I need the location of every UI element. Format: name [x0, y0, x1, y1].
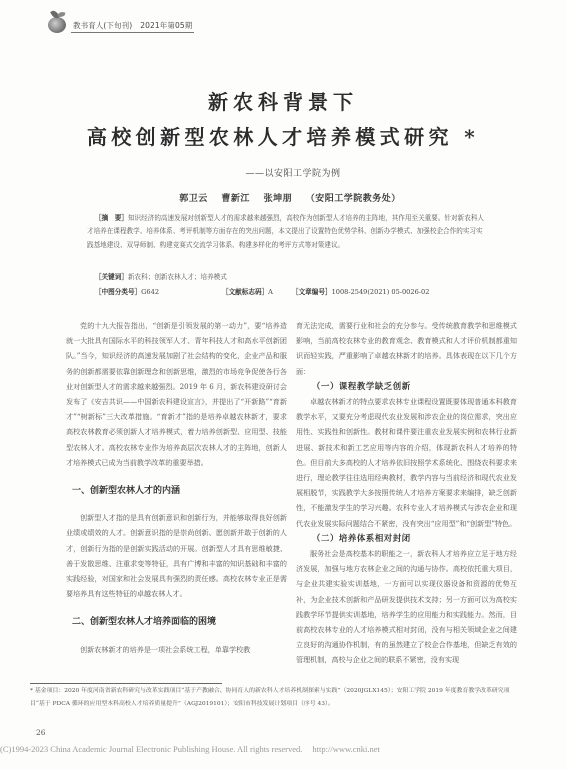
body-column-right: 育无法完成，需要行业和社会的充分参与。受传统教育教学和思维模式影响，当前高校农林…: [296, 318, 517, 668]
doc-code-value: A: [268, 288, 273, 296]
keywords-text: 新农科；创新农林人才；培养模式: [128, 273, 227, 281]
keywords: ［关键词］新农科；创新农林人才；培养模式: [95, 271, 227, 281]
subsection-2-heading: （二）培养体系相对封闭: [312, 531, 517, 546]
clc-number: ［中图分类号］G642: [95, 286, 159, 296]
author-3: 张坤朋: [264, 194, 293, 204]
author-2: 曹新江: [221, 194, 250, 204]
subsection-1-heading: （一）课程教学缺乏创新: [312, 379, 517, 394]
title-block: 新农科背景下 高校创新型农林人才培养模式研究 * ——以安阳工学院为例 郭卫云 …: [0, 86, 566, 204]
journal-issue: 2021年第05期: [140, 21, 192, 30]
globe-sprout-icon: [48, 9, 70, 33]
copyright-text: (C)1994-2023 China Academic Journal Elec…: [0, 744, 302, 754]
authors: 郭卫云 曹新江 张坤朋 （安阳工学院教务处）: [0, 191, 566, 204]
section-2-paragraph: 创新农林新才的培养是一项社会系统工程，单靠学校教: [66, 642, 287, 657]
subsection-1-paragraph: 卓越农林新才的特点要求农林专业课程设置既要体现普通本科教育教学水平，又要充分考虑…: [296, 394, 517, 531]
article-number: ［文章编号］1008-2549(2021) 05-0026-02: [292, 286, 429, 296]
section-1-paragraph: 创新型人才指的是具有创新意识和创新行为，并能够取得良好创新业绩或绩效的人才。创新…: [66, 510, 287, 601]
continued-paragraph: 育无法完成，需要行业和社会的充分参与。受传统教育教学和思维模式影响，当前高校农林…: [296, 318, 517, 379]
footnote-divider: [30, 683, 222, 684]
doc-code: ［文献标志码］A: [222, 286, 273, 296]
intro-paragraph: 党的十九大报告指出，“创新是引领发展的第一动力”，要“培养造就一大批具有国际水平…: [66, 318, 287, 470]
journal-header: 教书育人(下旬刊)2021年第05期: [48, 9, 194, 33]
journal-name: 教书育人(下旬刊): [73, 21, 132, 30]
author-1: 郭卫云: [179, 194, 208, 204]
article-number-label: ［文章编号］: [292, 288, 332, 296]
article-number-value: 1008-2549(2021) 05-0026-02: [332, 288, 430, 296]
clc-value: G642: [141, 288, 159, 296]
copyright-url: http://www.cnki.net: [312, 744, 379, 754]
section-1-heading: 一、创新型农林人才的内涵: [72, 484, 287, 499]
clc-label: ［中图分类号］: [95, 288, 141, 296]
title-line-2: 高校创新型农林人才培养模式研究 *: [0, 121, 566, 150]
page-number: 26: [36, 728, 46, 737]
body-column-left: 党的十九大报告指出，“创新是引领发展的第一动力”，要“培养造就一大批具有国际水平…: [66, 318, 287, 657]
abstract: ［摘 要］知识经济的高速发展对创新型人才的需求越来越强烈，高校作为创新型人才培养…: [87, 212, 487, 252]
title-line-1: 新农科背景下: [0, 86, 566, 115]
footnote: * 基金项目：2020 年度河南省新农科研究与改革实践项目“基于产教融合、协同育…: [30, 685, 523, 710]
affiliation: （安阳工学院教务处）: [306, 194, 401, 204]
abstract-text: 知识经济的高速发展对创新型人才的需求越来越强烈，高校作为创新型人才培养的主阵地，…: [87, 214, 484, 249]
section-2-heading: 二、创新型农林人才培养面临的困境: [72, 615, 287, 630]
copyright-line: (C)1994-2023 China Academic Journal Elec…: [0, 744, 380, 754]
journal-header-text: 教书育人(下旬刊)2021年第05期: [71, 20, 194, 33]
subsection-2-paragraph: 服务社会是高校基本的职能之一，新农科人才培养应立足于地方经济发展，加强与地方农林…: [296, 546, 517, 668]
keywords-label: ［关键词］: [95, 273, 128, 281]
subtitle: ——以安阳工学院为例: [0, 166, 566, 179]
doc-code-label: ［文献标志码］: [222, 288, 268, 296]
abstract-label: ［摘 要］: [95, 214, 128, 222]
